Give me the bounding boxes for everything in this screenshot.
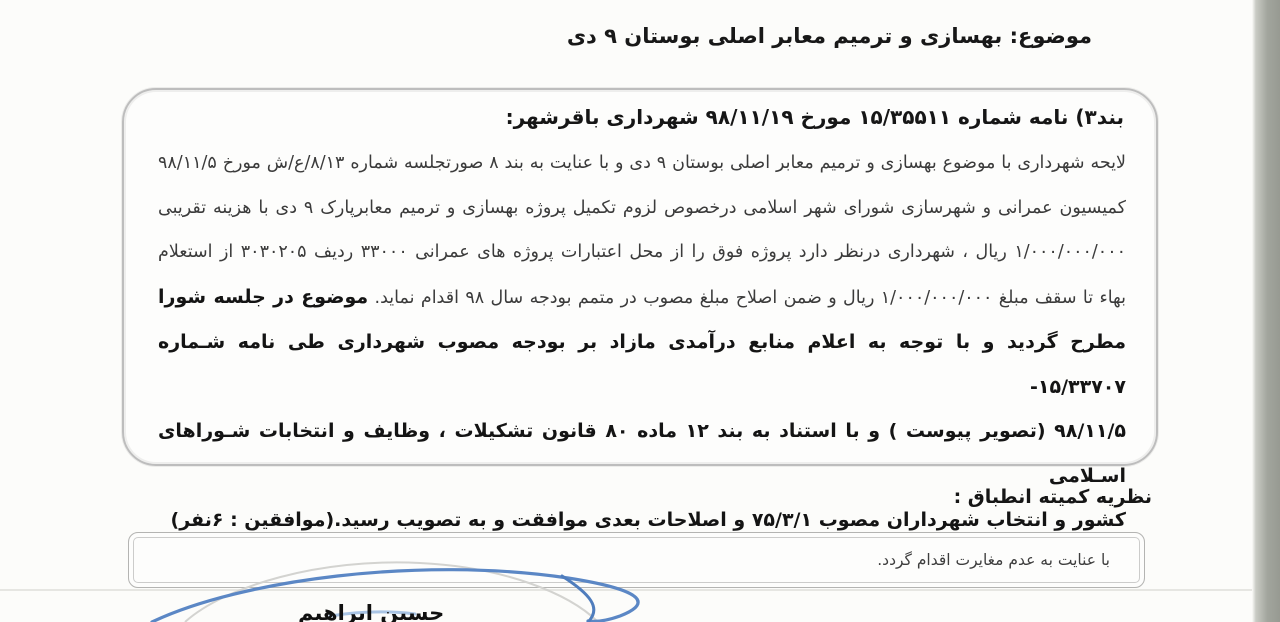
paragraph-segment: مطرح گردید و با توجه به اعلام منابع درآم… — [158, 331, 1126, 398]
paragraph-line: بهاء تا سقف مبلغ ۱/۰۰۰/۰۰۰/۰۰۰ ریال و ضم… — [158, 275, 1126, 321]
signer-name: حسین ابراهیم — [298, 601, 444, 622]
paragraph-line: ۱/۰۰۰/۰۰۰/۰۰۰ ریال ، شهرداری درنظر دارد … — [158, 230, 1126, 275]
resolution-body: لایحه شهرداری با موضوع بهسازی و ترمیم مع… — [124, 129, 1156, 543]
scan-edge-shadow — [1252, 0, 1280, 622]
subject-line: موضوع: بهسازی و ترمیم معابر اصلی بوستان … — [567, 24, 1092, 48]
paragraph-segment: کشور و انتخاب شهرداران مصوب ۷۵/۳/۱ و اصل… — [171, 509, 1126, 531]
scanned-document-page: موضوع: بهسازی و ترمیم معابر اصلی بوستان … — [0, 0, 1280, 622]
paragraph-segment: ۱/۰۰۰/۰۰۰/۰۰۰ ریال ، شهرداری درنظر دارد … — [158, 242, 1126, 262]
paragraph-segment: ۹۸/۱۱/۵ (تصویر پیوست ) و با استناد به بن… — [158, 420, 1126, 487]
paragraph-segment: کمیسیون عمرانی و شهرسازی شورای شهر اسلام… — [158, 198, 1126, 218]
paragraph-line: مطرح گردید و با توجه به اعلام منابع درآم… — [158, 320, 1126, 409]
scan-streak — [0, 589, 1252, 591]
resolution-box: بند۳) نامه شماره ۱۵/۳۵۵۱۱ مورخ ۹۸/۱۱/۱۹ … — [122, 88, 1158, 466]
resolution-heading: بند۳) نامه شماره ۱۵/۳۵۵۱۱ مورخ ۹۸/۱۱/۱۹ … — [124, 90, 1156, 129]
paragraph-segment: لایحه شهرداری با موضوع بهسازی و ترمیم مع… — [158, 153, 1126, 173]
paragraph-line: ۹۸/۱۱/۵ (تصویر پیوست ) و با استناد به بن… — [158, 409, 1126, 498]
paragraph-line: کمیسیون عمرانی و شهرسازی شورای شهر اسلام… — [158, 186, 1126, 231]
paragraph-segment-bold: موضوع در جلسه شورا — [158, 286, 368, 308]
compliance-text: با عنایت به عدم مغایرت اقدام گردد. — [877, 551, 1110, 569]
committee-opinion-label: نظریه کمیته انطباق : — [954, 486, 1152, 508]
paragraph-line: لایحه شهرداری با موضوع بهسازی و ترمیم مع… — [158, 141, 1126, 186]
paragraph-segment: بهاء تا سقف مبلغ ۱/۰۰۰/۰۰۰/۰۰۰ ریال و ضم… — [368, 288, 1126, 308]
compliance-box: با عنایت به عدم مغایرت اقدام گردد. — [128, 532, 1145, 588]
